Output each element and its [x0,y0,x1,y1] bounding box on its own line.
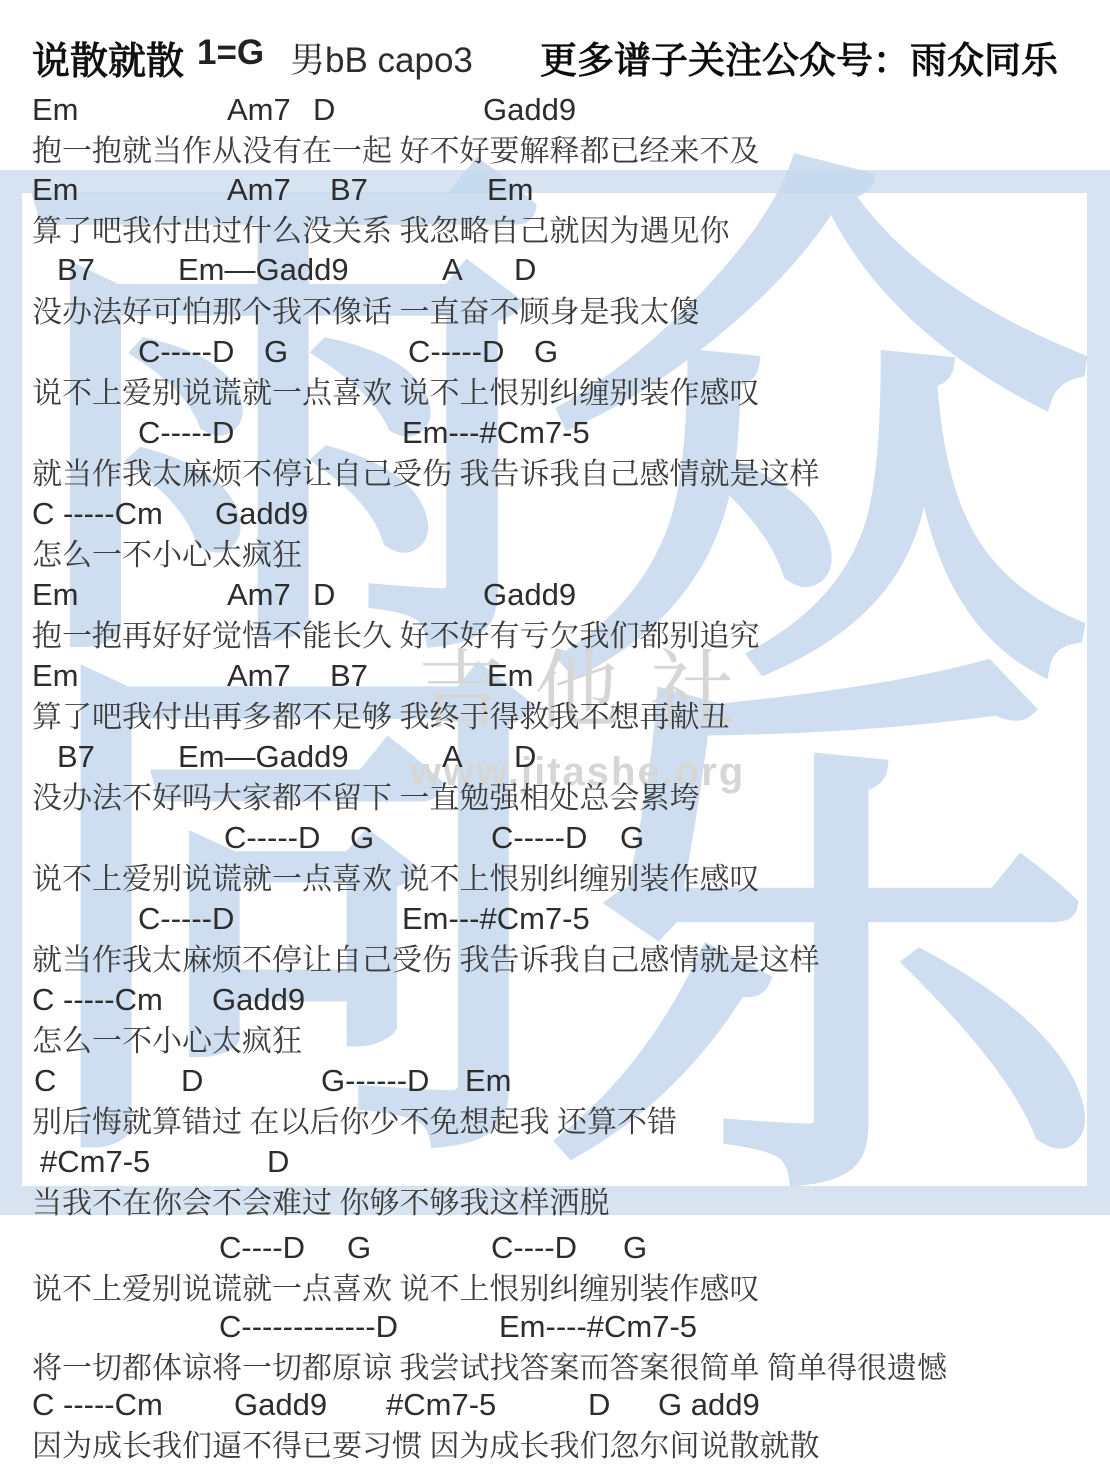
chord-token: Gadd9 [234,1387,327,1423]
chord-token: C-----D [138,415,234,451]
chord-token: C-----D [138,901,234,937]
capo-note: 男bB capo3 [290,33,473,83]
chord-line: C-----DEm---#Cm7-5 [0,901,1110,935]
chord-line: C-------------DEm----#Cm7-5 [0,1309,1110,1343]
chord-token: C -----Cm [32,496,163,532]
chord-token: C-----D [491,820,587,856]
lyric-line: 说不上爱别说谎就一点喜欢 说不上恨别纠缠别装作感叹 [32,368,760,412]
chord-token: Gadd9 [212,982,305,1018]
chord-token: C-----D [224,820,320,856]
chord-token: Em—Gadd9 [178,252,349,288]
chord-token: G [534,334,558,370]
chord-token: Am7 [227,658,291,694]
chord-token: A [442,739,463,775]
chord-line: EmAm7DGadd9 [0,577,1110,611]
chord-token: A [442,252,463,288]
chord-token: D [514,252,536,288]
chord-token: C -----Cm [32,982,163,1018]
song-title: 说散就散 [32,30,184,85]
chord-token: C-----D [138,334,234,370]
chord-token: G------D [321,1063,429,1099]
chord-token: C [34,1063,56,1099]
lyric-line: 抱一抱再好好觉悟不能长久 好不好有亏欠我们都别追究 [32,611,760,655]
chord-sheet-page: 雨众同乐 吉他社 www.jitashe.org 说散就散 1=G 男bB ca… [0,0,1110,1465]
lyric-line: 算了吧我付出再多都不足够 我终于得救我不想再献丑 [32,692,730,736]
chord-line: #Cm7-5D [0,1144,1110,1178]
chord-token: Em---#Cm7-5 [402,901,590,937]
chord-token: #Cm7-5 [386,1387,496,1423]
lyric-line: 就当作我太麻烦不停让自己受伤 我告诉我自己感情就是这样 [32,935,820,979]
chord-token: D [313,92,335,128]
chord-token: Gadd9 [483,577,576,613]
chord-token: Gadd9 [483,92,576,128]
chord-token: G [623,1230,647,1266]
chord-line: C -----CmGadd9 [0,496,1110,530]
chord-token: G [264,334,288,370]
chord-token: Gadd9 [215,496,308,532]
chord-token: G [620,820,644,856]
key-signature: 1=G [197,33,264,73]
chord-token: Am7 [227,577,291,613]
lyric-line: 算了吧我付出过什么没关系 我忽略自己就因为遇见你 [32,206,730,250]
lyric-line: 说不上爱别说谎就一点喜欢 说不上恨别纠缠别装作感叹 [32,854,760,898]
chord-token: B7 [330,172,368,208]
chord-line: C-----DGC-----DG [0,820,1110,854]
lyric-line: 怎么一不小心太疯狂 [32,530,302,574]
chord-line: B7Em—Gadd9AD [0,252,1110,286]
chord-token: Em---#Cm7-5 [402,415,590,451]
chord-token: C----D [219,1230,305,1266]
chord-token: Em—Gadd9 [178,739,349,775]
lyric-line: 说不上爱别说谎就一点喜欢 说不上恨别纠缠别装作感叹 [32,1264,760,1308]
chord-token: G add9 [658,1387,760,1423]
lyric-line: 没办法好可怕那个我不像话 一直奋不顾身是我太傻 [32,287,700,331]
chord-token: D [313,577,335,613]
chord-line: B7Em—Gadd9AD [0,739,1110,773]
chord-line: C -----CmGadd9 [0,982,1110,1016]
chord-token: C-------------D [219,1309,398,1345]
chord-token: B7 [57,252,95,288]
chord-token: Am7 [227,172,291,208]
chord-token: D [588,1387,610,1423]
chord-line: EmAm7B7Em [0,172,1110,206]
chord-token: B7 [57,739,95,775]
lyric-line: 将一切都体谅将一切都原谅 我尝试找答案而答案很简单 简单得很遗憾 [32,1343,947,1387]
lyric-line: 因为成长我们逼不得已要习惯 因为成长我们忽尔间说散就散 [32,1421,820,1465]
chord-line: CDG------DEm [0,1063,1110,1097]
lyric-line: 没办法不好吗大家都不留下 一直勉强相处总会累垮 [32,773,700,817]
chord-token: D [181,1063,203,1099]
chord-token: G [350,820,374,856]
chord-token: Em [487,172,534,208]
chord-token: Em [32,577,79,613]
lyric-line: 别后悔就算错过 在以后你少不免想起我 还算不错 [32,1097,677,1141]
chord-token: B7 [330,658,368,694]
chord-token: G [347,1230,371,1266]
chord-token: D [514,739,536,775]
chord-token: Em [465,1063,512,1099]
chord-line: C-----DGC-----DG [0,334,1110,368]
chord-line: EmAm7DGadd9 [0,92,1110,126]
lyric-line: 抱一抱就当作从没有在一起 好不好要解释都已经来不及 [32,126,760,170]
chord-line: C-----DEm---#Cm7-5 [0,415,1110,449]
chord-token: C -----Cm [32,1387,163,1423]
promo-text: 更多谱子关注公众号：雨众同乐 [540,30,1058,84]
lyric-line: 当我不在你会不会难过 你够不够我这样洒脱 [32,1178,610,1222]
lyric-line: 就当作我太麻烦不停让自己受伤 我告诉我自己感情就是这样 [32,449,820,493]
chord-token: Em [487,658,534,694]
chord-token: D [267,1144,289,1180]
chord-token: Em [32,658,79,694]
chord-token: #Cm7-5 [40,1144,150,1180]
chord-token: Am7 [227,92,291,128]
chord-line: C -----CmGadd9#Cm7-5DG add9 [0,1387,1110,1421]
chord-token: Em [32,92,79,128]
lyric-line: 怎么一不小心太疯狂 [32,1016,302,1060]
chord-line: EmAm7B7Em [0,658,1110,692]
chord-line: C----DGC----DG [0,1230,1110,1264]
chord-token: C----D [491,1230,577,1266]
text-layer: 说散就散 1=G 男bB capo3 更多谱子关注公众号：雨众同乐 EmAm7D… [0,0,1110,1465]
chord-token: C-----D [408,334,504,370]
chord-token: Em----#Cm7-5 [499,1309,697,1345]
chord-token: Em [32,172,79,208]
